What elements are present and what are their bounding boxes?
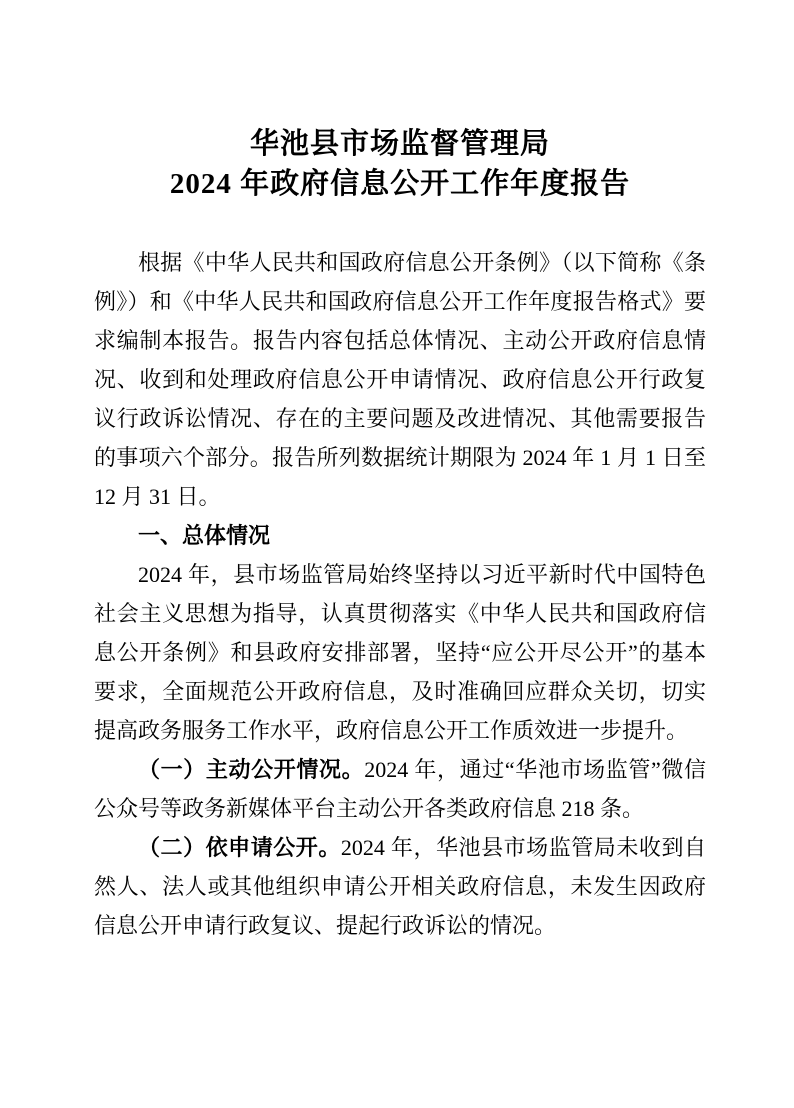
paragraph-lead-proactive: （一）主动公开情况。 — [138, 757, 364, 782]
title-line-2: 2024 年政府信息公开工作年度报告 — [94, 164, 706, 204]
document-title: 华池县市场监督管理局 2024 年政府信息公开工作年度报告 — [94, 124, 706, 204]
paragraph-on-request-disclosure: （二）依申请公开。2024 年，华池县市场监管局未收到自然人、法人或其他组织申请… — [94, 828, 706, 945]
section-heading-overview: 一、总体情况 — [94, 516, 706, 555]
paragraph-overview: 2024 年，县市场监管局始终坚持以习近平新时代中国特色社会主义思想为指导，认真… — [94, 555, 706, 750]
document-body: 根据《中华人民共和国政府信息公开条例》（以下简称《条例》）和《中华人民共和国政府… — [94, 243, 706, 945]
title-line-1: 华池县市场监督管理局 — [94, 124, 706, 164]
paragraph-intro: 根据《中华人民共和国政府信息公开条例》（以下简称《条例》）和《中华人民共和国政府… — [94, 243, 706, 516]
document-page: 华池县市场监督管理局 2024 年政府信息公开工作年度报告 根据《中华人民共和国… — [0, 0, 794, 1108]
paragraph-proactive-disclosure: （一）主动公开情况。2024 年，通过“华池市场监管”微信公众号等政务新媒体平台… — [94, 750, 706, 828]
paragraph-lead-on-request: （二）依申请公开。 — [138, 835, 341, 860]
